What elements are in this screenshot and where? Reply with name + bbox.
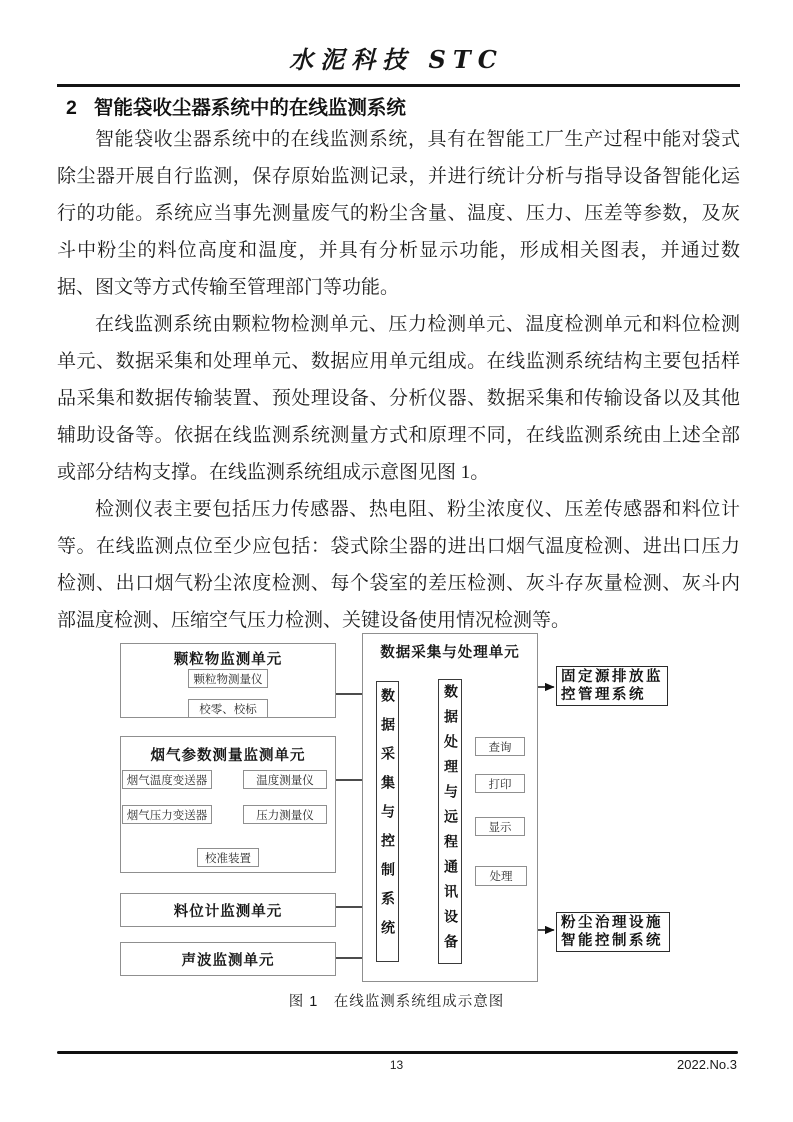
function-print-box: 打印 bbox=[475, 774, 525, 793]
gas-pressure-transmitter-box: 烟气压力变送器 bbox=[122, 805, 212, 824]
level-unit-box: 料位计监测单元 bbox=[120, 893, 336, 927]
figure-diagram: 颗粒物监测单元 颗粒物测量仪 校零、校标 烟气参数测量监测单元 烟气温度变送器 … bbox=[0, 0, 793, 1122]
function-handle-box: 处理 bbox=[475, 866, 527, 886]
dust-control-line2: 智能控制系统 bbox=[561, 932, 665, 950]
data-processing-comm-device-box: 数据处理与远程通讯设备 bbox=[438, 679, 462, 964]
temp-meter-box: 温度测量仪 bbox=[243, 770, 327, 789]
gas-params-unit-title: 烟气参数测量监测单元 bbox=[121, 737, 335, 765]
gas-temp-transmitter-box: 烟气温度变送器 bbox=[122, 770, 212, 789]
figure-caption: 图 1 在线监测系统组成示意图 bbox=[0, 990, 793, 1011]
sound-unit-box: 声波监测单元 bbox=[120, 942, 336, 976]
calibration-device-box: 校准装置 bbox=[197, 848, 259, 867]
fixed-source-emission-system-box: 固定源排放监 控管理系统 bbox=[556, 666, 668, 706]
function-query-box: 查询 bbox=[475, 737, 525, 756]
particle-unit-title: 颗粒物监测单元 bbox=[121, 644, 335, 669]
function-display-box: 显示 bbox=[475, 817, 525, 836]
fixed-source-line1: 固定源排放监 bbox=[561, 668, 663, 686]
pressure-meter-box: 压力测量仪 bbox=[243, 805, 327, 824]
issue-number: 2022.No.3 bbox=[677, 1057, 737, 1072]
data-collection-control-system-box: 数据采集与控制系统 bbox=[376, 681, 399, 962]
document-page: 水泥科技 STC 2 智能袋收尘器系统中的在线监测系统 智能袋收尘器系统中的在线… bbox=[0, 0, 793, 1122]
sound-unit-title: 声波监测单元 bbox=[182, 949, 275, 970]
page-number: 13 bbox=[0, 1058, 793, 1072]
daq-processing-unit-title: 数据采集与处理单元 bbox=[363, 634, 537, 662]
fixed-source-line2: 控管理系统 bbox=[561, 686, 663, 704]
particle-analyzer-box: 颗粒物测量仪 bbox=[188, 669, 268, 688]
dust-control-system-box: 粉尘治理设施 智能控制系统 bbox=[556, 912, 670, 952]
zero-span-calibration-box: 校零、校标 bbox=[188, 699, 268, 718]
level-unit-title: 料位计监测单元 bbox=[174, 900, 283, 921]
footer-rule bbox=[57, 1051, 738, 1054]
dust-control-line1: 粉尘治理设施 bbox=[561, 914, 665, 932]
